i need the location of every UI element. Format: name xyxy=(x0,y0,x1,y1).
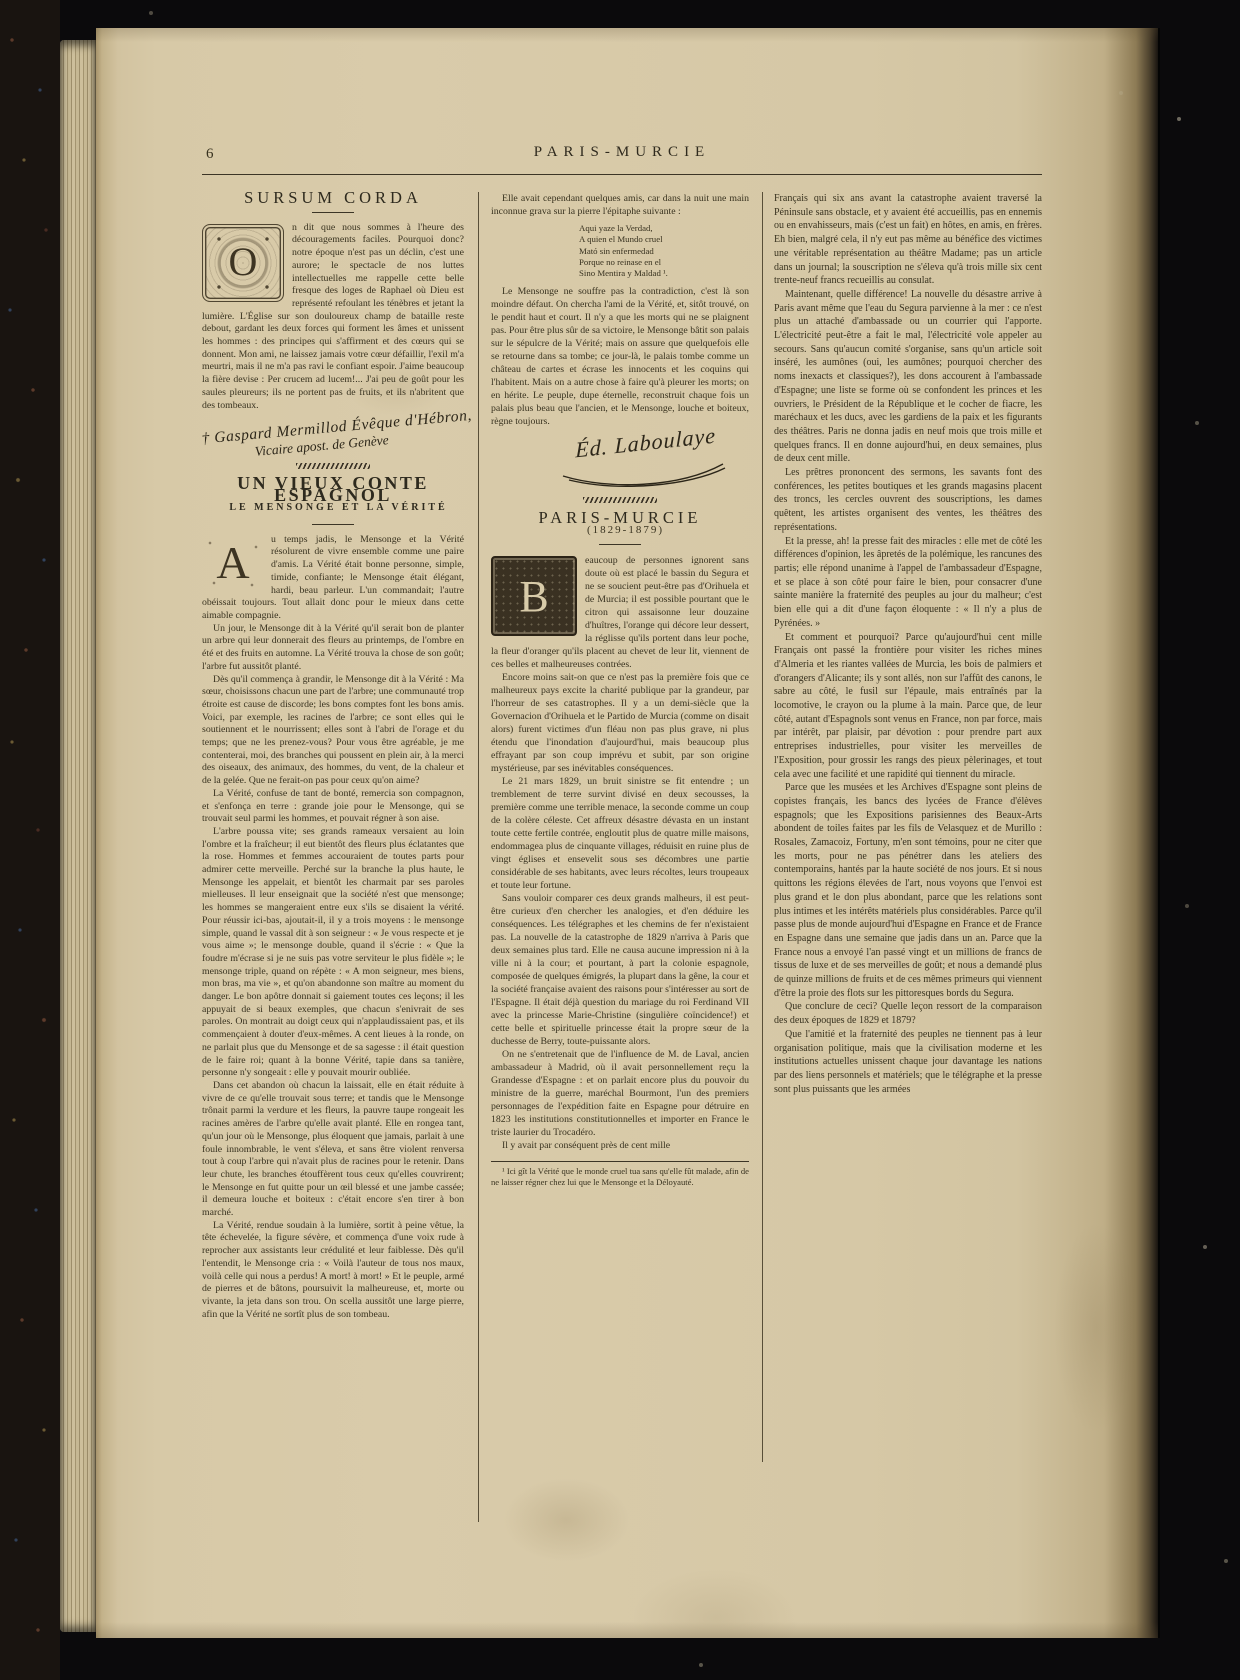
title-rule xyxy=(599,544,641,545)
lead-paragraph: On dit que nous sommes à l'heure des déc… xyxy=(202,222,464,413)
paragraph: Que l'amitié et la fraternité des peuple… xyxy=(774,1028,1042,1097)
paragraph: Parce que les musées et les Archives d'E… xyxy=(774,781,1042,1000)
paragraph: Il y avait par conséquent près de cent m… xyxy=(491,1139,749,1152)
epitaph-poem: Aqui yaze la Verdad, A quien el Mundo cr… xyxy=(579,223,749,279)
signature-mermillod: † Gaspard Mermillod Évêque d'Hébron, Vic… xyxy=(202,411,465,465)
signature-text: Éd. Laboulaye xyxy=(575,429,716,457)
paragraph: Le 21 mars 1829, un bruit sinistre se fi… xyxy=(491,775,749,892)
poem-line: Porque no reinase en el xyxy=(579,257,749,268)
article-years: (1829-1879) xyxy=(491,524,749,537)
journal-page: 6 PARIS-MURCIE SURSUM CORDA On dit que n… xyxy=(96,28,1158,1638)
paragraph: Maintenant, quelle différence! La nouvel… xyxy=(774,288,1042,466)
dust-specks xyxy=(0,0,2,2)
column-1: SURSUM CORDA On dit que nous sommes à l'… xyxy=(202,192,464,1321)
paragraph: On ne s'entretenait que de l'influence d… xyxy=(491,1048,749,1139)
lead-paragraph: Beaucoup de personnes ignorent sans dout… xyxy=(491,554,749,671)
poem-line: Aqui yaze la Verdad, xyxy=(579,223,749,234)
section-divider-squiggle xyxy=(583,497,657,503)
paragraph: Encore moins sait-on que ce n'est pas la… xyxy=(491,671,749,775)
article-title-sursum-corda: SURSUM CORDA xyxy=(202,192,464,205)
paragraph: Les prêtres prononcent des sermons, les … xyxy=(774,466,1042,535)
paragraph: Sans vouloir comparer ces deux grands ma… xyxy=(491,892,749,1048)
paragraph: Et comment et pourquoi? Parce qu'aujourd… xyxy=(774,631,1042,782)
poem-line: Mató sin enfermedad xyxy=(579,246,749,257)
story-paragraph: Dès qu'il commença à grandir, le Mensong… xyxy=(202,674,464,788)
ornate-drop-cap-b: B xyxy=(491,556,577,636)
title-rule xyxy=(312,212,354,213)
section-divider-squiggle xyxy=(296,463,370,469)
story-paragraph: La Vérité, confuse de tant de bonté, rem… xyxy=(202,788,464,826)
page-edge-stack xyxy=(60,40,96,1632)
ornate-drop-cap-o: O xyxy=(202,224,284,302)
header-rule xyxy=(202,174,1042,175)
continuation-paragraph: Elle avait cependant quelques amis, car … xyxy=(491,192,749,218)
paragraph: Le Mensonge ne souffre pas la contradict… xyxy=(491,285,749,428)
poem-line: A quien el Mundo cruel xyxy=(579,234,749,245)
column-2: Elle avait cependant quelques amis, car … xyxy=(491,192,749,1188)
scanned-page-background: 6 PARIS-MURCIE SURSUM CORDA On dit que n… xyxy=(0,0,1240,1680)
story-paragraph: La Vérité, rendue soudain à la lumière, … xyxy=(202,1220,464,1322)
column-divider-1 xyxy=(478,192,479,1522)
signature-flourish xyxy=(559,460,729,488)
continuation-paragraph: Français qui six ans avant la catastroph… xyxy=(774,192,1042,288)
footnote-rule xyxy=(491,1161,749,1162)
signature-laboulaye: Éd. Laboulaye xyxy=(575,436,749,488)
title-rule xyxy=(312,524,354,525)
article-subtitle: LE MENSONGE ET LA VÉRITÉ xyxy=(202,502,464,515)
story-paragraph: Dans cet abandon où chacun la laissait, … xyxy=(202,1080,464,1220)
story-paragraph: L'arbre poussa vite; ses grands rameaux … xyxy=(202,826,464,1080)
article-title-vieux-conte: UN VIEUX CONTE ESPAGNOL xyxy=(202,477,464,502)
paragraph: Que conclure de ceci? Quelle leçon resso… xyxy=(774,1000,1042,1027)
ornate-drop-cap-a: A xyxy=(202,535,264,593)
footnote: ¹ Ici gît la Vérité que le monde cruel t… xyxy=(491,1166,749,1187)
lead-paragraph: Au temps jadis, le Mensonge et la Vérité… xyxy=(202,534,464,623)
column-3: Français qui six ans avant la catastroph… xyxy=(774,192,1042,1096)
text-block: 6 PARIS-MURCIE SURSUM CORDA On dit que n… xyxy=(202,118,1042,1598)
journal-masthead: PARIS-MURCIE xyxy=(202,144,1042,161)
article-title-paris-murcie: PARIS-MURCIE xyxy=(491,511,749,524)
paragraph: Et la presse, ah! la presse fait des mir… xyxy=(774,535,1042,631)
story-paragraph: Un jour, le Mensonge dit à la Vérité qu'… xyxy=(202,623,464,674)
book-cover-edge xyxy=(0,0,60,1680)
poem-line: Sino Mentira y Maldad ¹. xyxy=(579,268,749,279)
column-divider-2 xyxy=(762,192,763,1462)
